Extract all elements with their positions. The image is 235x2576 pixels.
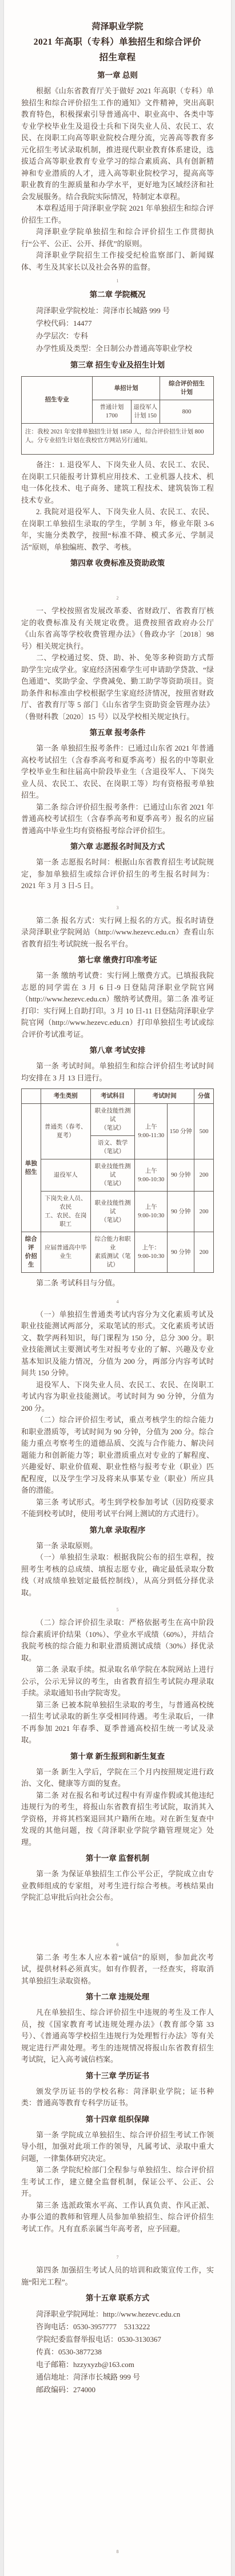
paragraph: 第二条 录取手续。拟录取名单学院在本院网站上进行公示，公示无异议的考生，由省教育…: [21, 1664, 214, 1699]
document-title-line: 招生章程: [21, 50, 214, 65]
table-cell: 职业技能性测试 （笔试）: [90, 1104, 134, 1136]
table-cell: 200: [194, 1159, 214, 1192]
table-row: 注：我校 2021 年安排单独招生计划 1850 人，综合评价招生计划 800 …: [22, 424, 214, 455]
exam-schedule-table: 考生类别考试科目考试时间分值单独 招生普通类（春考、夏考）职业技能性测试 （笔试…: [21, 1088, 214, 1273]
table-row: 退役军人职业技能性测试 （笔试）上午 9:00-10:3090 分钟200: [22, 1159, 214, 1192]
blank-gap: [21, 1904, 214, 1937]
table-cell: 上午 9:00-10:30: [135, 1159, 168, 1192]
table-cell: 退役军人: [41, 1159, 90, 1192]
table-cell: 招生专业: [22, 377, 93, 424]
document-title-line: 菏泽职业学院: [21, 19, 214, 34]
paragraph: 2. 我院对退役军人、下岗失业人员、农民工、农民、在岗职工单独招生录取的学生，学…: [21, 506, 214, 553]
chapter-heading: 第八章 考试安排: [21, 1044, 214, 1057]
table-row: 招生专业单招计划综合评价招生 计划: [22, 377, 214, 400]
page-number: 3: [21, 905, 214, 912]
page-number: 4: [21, 1299, 214, 1305]
table-cell: 职业技能性测试 （笔试）: [90, 1159, 134, 1192]
paragraph: 第二条 考试科目与分值。: [21, 1277, 214, 1289]
contact-line: 传真：0530-3877238: [21, 2346, 214, 2358]
paragraph: 第三条 已被本院单独招生录取的考生，与普通高校统一招生考试录取的新生享受相同待遇…: [21, 1699, 214, 1746]
table-row: 单独 招生普通类（春考、夏考）职业技能性测试 （笔试）上午 9:00-11:30…: [22, 1104, 214, 1136]
chapter-heading: 第十五章 联系方式: [21, 2292, 214, 2305]
enrollment-plan-table: 招生专业单招计划综合评价招生 计划普通计划 1700退役军人 计划 150800…: [21, 376, 214, 455]
table-cell: 考试科目: [90, 1089, 134, 1104]
page-number: 2: [21, 595, 214, 602]
paragraph: 二、学校通过奖、贷、助、补、免等多种资助方式帮助学生完成学业。家庭经济困难学生可…: [21, 652, 214, 723]
paragraph: 第一条 缴纳考试费：实行网上缴费方式。已填报我院志愿的同学需在 3 月 6 日-…: [21, 970, 214, 1040]
paragraph: 第一条 为保证单独招生工作公平公正，学院成立由专业教师组成的专家组，对考生进行综…: [21, 1868, 214, 1904]
table-cell: 200: [194, 1232, 214, 1273]
table-cell: 上午： 9:00-10:30: [135, 1232, 168, 1273]
chapter-heading: 第十四章 组织保障: [21, 2113, 214, 2126]
table-cell: 综合评价招生 计划: [160, 377, 213, 400]
contact-line: 邮政编码：274000: [21, 2384, 214, 2396]
page-number: 7: [21, 2254, 214, 2261]
chapter-heading: 第四章 收费标准及资助政策: [21, 557, 214, 570]
paragraph: 第一条 新生入学后，学院在三个月内按照规定进行政治、文化、健康等方面的复查。: [21, 1766, 214, 1790]
chapter-heading: 第九章 录取程序: [21, 1524, 214, 1537]
paragraph: （一）单独招生普通类考试内容分为文化素质考试及职业技能测试两部分，采取笔试的形式…: [21, 1309, 214, 1379]
contact-line: 菏泽职业学院校址：菏泽市长城路 999 号: [21, 305, 214, 317]
table-cell: 考生类别: [41, 1089, 90, 1104]
paragraph: 第二条 对在报名和考试过程中有弄虚作假或其他违纪违规行为的考生，将报山东省教育招…: [21, 1790, 214, 1849]
paragraph: （一）单独招生录取：根据我院公布的招生章程，按照考生考核的总成绩、填报志愿专业，…: [21, 1552, 214, 1599]
chapter-heading: 第七章 缴费打印准考证: [21, 954, 214, 967]
table-row: 下岗失业人员、农民 工、农民、在岗职工职业技能性测试 （笔试）上午 9:00-1…: [22, 1192, 214, 1232]
blank-gap: [21, 892, 214, 900]
paragraph: 第一条 录取原则。: [21, 1540, 214, 1552]
table-cell: 单招计划: [93, 377, 160, 400]
table-cell: 下岗失业人员、农民 工、农民、在岗职工: [41, 1192, 90, 1232]
paragraph: 第三条 选派政策水平高、工作认真负责、作风正派、办事公道的教师和管理人员参加单独…: [21, 2200, 214, 2235]
table-cell: 考试时间: [135, 1089, 194, 1104]
blank-gap: [21, 1289, 214, 1294]
table-cell: 200: [194, 1192, 214, 1232]
chapter-heading: 第三章 招生专业及招生计划: [21, 359, 214, 372]
paragraph: 颁发学历证书的学校名称：菏泽职业学院；证书种类：普通高等教育专科学历证书。: [21, 2086, 214, 2109]
paragraph: 一、学校按照省发展改革委、省财政厅、省教育厅核定的收费标准及有关规定收费。退费按…: [21, 605, 214, 652]
table-cell: 90 分钟: [168, 1232, 194, 1273]
document-page: 菏泽职业学院2021 年高职（专科）单独招生和综合评价招生章程第一章 总则根据《…: [3, 0, 232, 2576]
chapter-heading: 第六章 志愿报名时间及方式: [21, 841, 214, 853]
contact-line: 电子邮箱：hzzyxyzb@163.com: [21, 2358, 214, 2371]
contact-line: 学校代码：14477: [21, 317, 214, 330]
paragraph: 菏泽职业学院招生工作接受纪检监察部门、新闻媒体、考生及其家长以及社会各界的监督。: [21, 250, 214, 273]
page-number: 5: [21, 1607, 214, 1614]
table-cell: 上午 9:00-11:30: [135, 1104, 168, 1159]
paragraph: 第一条 单独招生报考条件：已通过山东省 2021 年普通高校考试招生（含春季高考…: [21, 743, 214, 802]
table-cell: 职业技能性测试 （笔试）: [90, 1192, 134, 1232]
contact-line: 咨询电话：0530-3957777 5313222: [21, 2321, 214, 2333]
table-cell: 普通计划 1700: [93, 400, 131, 424]
paragraph: 第二条 学院纪检部门全程参与单独招生、综合评价招生考试工作，建立健全监督机制，保…: [21, 2164, 214, 2200]
paragraph: 本章程适用于菏泽职业学院 2021 年单独招生和综合评价招生工作。: [21, 203, 214, 226]
table-cell: 注：我校 2021 年安排单独招生计划 1850 人，综合评价招生计划 800 …: [22, 424, 214, 455]
contact-line: 菏泽职业学院网址：http://www.hezevc.edu.cn: [21, 2308, 214, 2321]
table-cell: 分值: [194, 1089, 214, 1104]
paragraph: 第一条 考试时间。单独招生和综合评价招生考试时间均安排在 3 月 13 日进行。: [21, 1060, 214, 1084]
page-number: 1: [21, 278, 214, 285]
table-cell: 普通类（春考、夏考）: [41, 1104, 90, 1159]
paragraph: 第一条 志愿报名时间：根据山东省教育招生考试院规定，参加单独招生或综合评价招生的…: [21, 857, 214, 892]
chapter-heading: 第五章 报考条件: [21, 727, 214, 739]
paragraph: 备注：1. 退役军人、下岗失业人员、农民工、农民、在岗职工只能报考计算机应用技术…: [21, 459, 214, 506]
paragraph: 根据《山东省教育厅关于做好 2021 年高职（专科）单独招生和综合评价招生工作的…: [21, 85, 214, 203]
table-cell: 应届普通高中毕业生: [41, 1232, 90, 1273]
contact-line: 通信地址：菏泽市长城路 999 号: [21, 2371, 214, 2384]
chapter-heading: 第二章 学院概况: [21, 289, 214, 301]
table-cell: 90 分钟: [168, 1159, 194, 1192]
paragraph: 第四条 加强招生考试人员的培训和政策宣传工作，实施“阳光工程”。: [21, 2265, 214, 2288]
paragraph: 第一条 学院成立单独招生、综合评价招生考试工作领导小组，加强对此项工作的领导，凡…: [21, 2129, 214, 2165]
chapter-heading: 第十三章 学历证书: [21, 2070, 214, 2082]
paragraph: 第二条 报名方式：实行网上报名的方式。报名时请登录菏泽职业学院网站（http:/…: [21, 915, 214, 950]
paragraph: （二）综合评价招生考试，重点考核学生的综合能力和职业潜质等，考试时间为 90 分…: [21, 1414, 214, 1497]
chapter-heading: 第十章 新生报到和新生复查: [21, 1750, 214, 1763]
chapter-heading: 第十一章 监督机制: [21, 1852, 214, 1865]
chapter-heading: 第十二章 违规处理: [21, 1991, 214, 2003]
blank-gap: [21, 1599, 214, 1602]
table-cell: 150 分钟: [168, 1104, 194, 1159]
table-cell: [22, 1089, 41, 1104]
table-cell: 90 分钟: [168, 1192, 194, 1232]
table-row: 综合评 价招生应届普通高中毕业生综合能力和职业 素质测试（笔试）上午： 9:00…: [22, 1232, 214, 1273]
contact-line: 学院纪委监督举报电话：0530-3130367: [21, 2333, 214, 2346]
table-cell: 500: [194, 1104, 214, 1159]
table-cell: 单独 招生: [22, 1104, 41, 1232]
table-row: 考生类别考试科目考试时间分值: [22, 1089, 214, 1104]
document-title-line: 2021 年高职（专科）单独招生和综合评价: [21, 34, 214, 50]
paragraph: （二）综合评价招生录取：严格依据考生在高中阶段综合素质评价结果（10%）、学业水…: [21, 1617, 214, 1664]
contact-line: 办学层次：专科: [21, 330, 214, 342]
contact-line: 办学性质及类型：全日制公办普通高等职业学校: [21, 342, 214, 355]
page-number: 6: [21, 1942, 214, 1948]
blank-gap: [21, 2396, 214, 2544]
paragraph: 第三条 考试形式。考生到学校参加考试（因防疫要求不能到校考试时，使用考试平台网上…: [21, 1497, 214, 1520]
paragraph: 第二条 考生本人应本着“诚信”的原则，参加此次考试，提供材料必须真实。如有作假者…: [21, 1952, 214, 1987]
paragraph: 第二条 综合评价招生报考条件：已通过山东省 2021 年普通高校考试招生（含春季…: [21, 802, 214, 837]
table-cell: 上午 9:00-10:30: [135, 1192, 168, 1232]
table-cell: 综合评 价招生: [22, 1232, 41, 1273]
table-cell: 语文、数学（笔试）: [90, 1136, 134, 1159]
table-cell: 综合能力和职业 素质测试（笔试）: [90, 1232, 134, 1273]
blank-gap: [21, 2235, 214, 2250]
paragraph: 菏泽职业学院单独招生和综合评价招生工作贯彻执行“公平、公正、公开、择优”的原则。: [21, 226, 214, 250]
table-cell: 800: [160, 400, 213, 424]
paragraph: 退役军人、下岗失业人员、农民工、农民、在岗职工考试内容为职业技能测试。考试时间为…: [21, 1379, 214, 1415]
page-number: 8: [21, 2549, 214, 2555]
blank-gap: [21, 573, 214, 590]
chapter-heading: 第一章 总则: [21, 69, 214, 82]
paragraph: 凡在单独招生、综合评价招生中违规的考生及工作人员，按《国家教育考试违规处理办法》…: [21, 2007, 214, 2066]
table-cell: 退役军人 计划 150: [131, 400, 160, 424]
